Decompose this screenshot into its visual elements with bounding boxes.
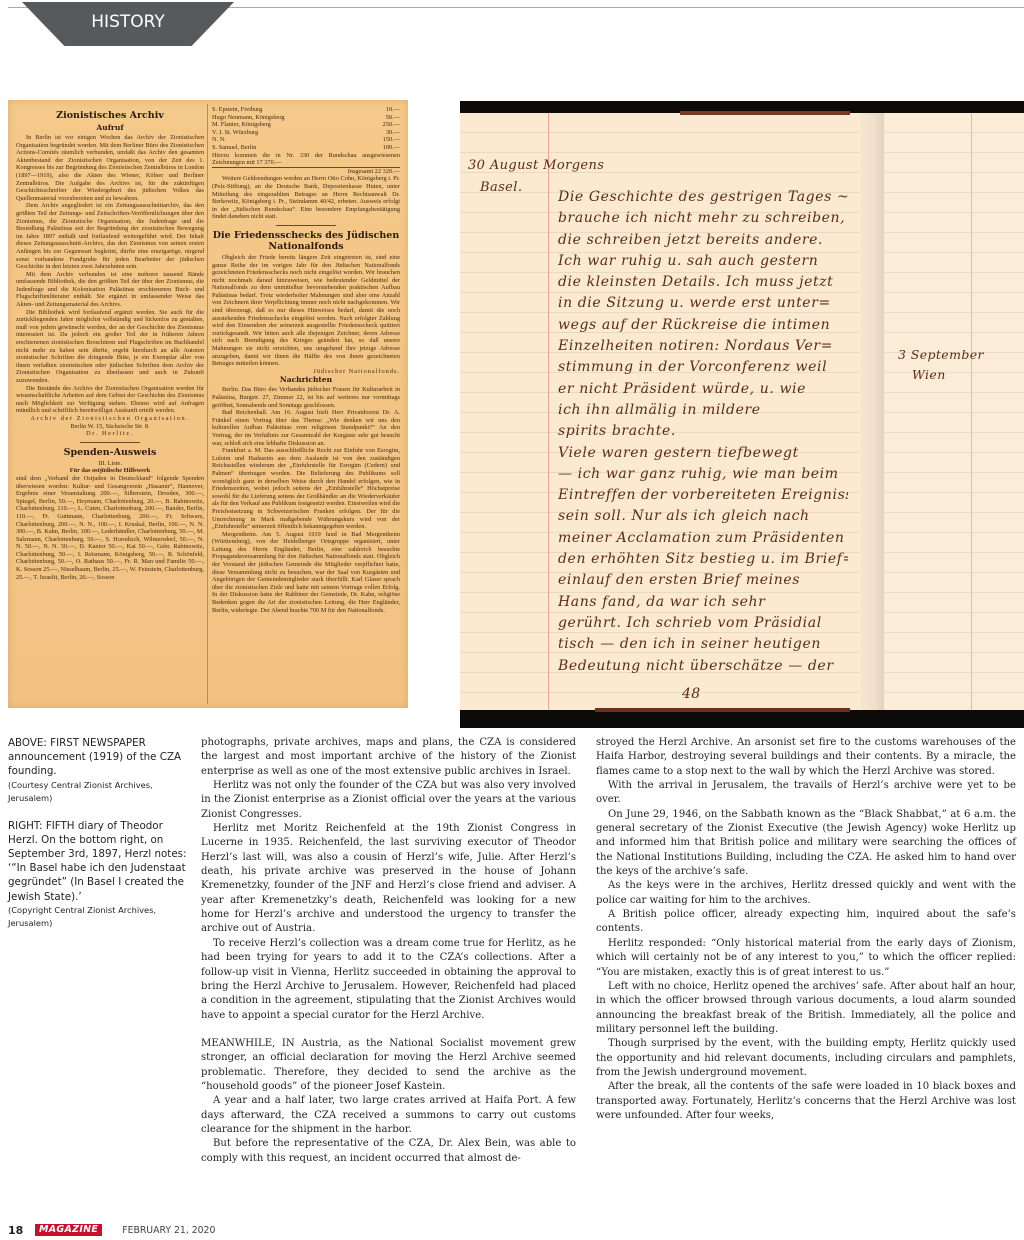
newspaper-signature-name: Dr. Herlitz. xyxy=(16,430,204,438)
newspaper-paragraph: Dem Archiv angegliedert ist ein Zeitungs… xyxy=(16,202,204,270)
diary-right-place: Wien xyxy=(912,367,946,382)
diary-cover-edge xyxy=(680,111,850,115)
donation-total: Insgesamt 22 320.— xyxy=(212,167,400,176)
donation-note: Hierzu kommen die in Nr. 330 der Rundsch… xyxy=(212,152,400,167)
news-item: Bad Reichenhall. Am 16. August hielt Her… xyxy=(212,409,400,447)
newspaper-column-divider xyxy=(207,104,208,704)
news-title: Nachrichten xyxy=(212,375,400,384)
newspaper-subtitle: Aufruf xyxy=(16,123,204,132)
article-section-start: MEANWHILE, IN Austria, as the National S… xyxy=(201,1037,576,1094)
article-paragraph: To receive Herzl’s collection was a drea… xyxy=(201,937,576,1023)
article-paragraph: Herlitz was not only the founder of the … xyxy=(201,779,576,822)
photo-captions: ABOVE: FIRST NEWSPAPER announcement (191… xyxy=(8,736,188,944)
friedensschecks-paragraph: Obgleich der Friede bereits längere Zeit… xyxy=(212,254,400,368)
article-paragraph: Herlitz responded: “Only historical mate… xyxy=(596,937,1016,980)
diary-page-number: 48 xyxy=(682,686,701,702)
diary-right-margin-line xyxy=(971,113,972,710)
donation-row: Hugo Neumann, Königsberg50.— xyxy=(212,114,400,122)
donor-name: V. J. St. Würzburg xyxy=(212,129,258,137)
diary-cover-edge xyxy=(595,708,850,712)
diary-line: Viele waren gestern tiefbewegt xyxy=(558,443,848,464)
article-paragraph: photographs, private archives, maps and … xyxy=(201,736,576,779)
diary-line: Bedeutung nicht überschätze — der xyxy=(558,656,848,677)
donor-amount: 30.— xyxy=(386,129,400,137)
donation-paragraph: Weitere Geldsendungen werden an Herrn Ot… xyxy=(212,175,400,221)
article-paragraph: A year and a half later, two large crate… xyxy=(201,1094,576,1137)
diary-line: die kleinsten Details. Ich muss jetzt xyxy=(558,272,848,293)
donation-row: M. Flanter, Königsberg250.— xyxy=(212,121,400,129)
article-paragraph: After the break, all the contents of the… xyxy=(596,1080,1016,1123)
article-paragraph: But before the representative of the CZA… xyxy=(201,1137,576,1166)
diary-line: gerührt. Ich schrieb vom Präsidial xyxy=(558,613,848,634)
diary-line: Einzelheiten notiren: Nordaus Ver= xyxy=(558,336,848,357)
diary-entry-place: Basel. xyxy=(480,180,522,195)
newspaper-rule xyxy=(80,442,140,443)
caption-above-credit: (Courtesy Central Zionist Archives, Jeru… xyxy=(8,779,188,805)
article-paragraph: Left with no choice, Herlitz opened the … xyxy=(596,980,1016,1037)
newspaper-paragraph: In Berlin ist vor einigen Wochen das Arc… xyxy=(16,134,204,202)
diary-line: stimmung in der Vorconferenz weil xyxy=(558,357,848,378)
donor-name: S. Epstein, Freiburg xyxy=(212,106,262,114)
donation-row: S. Samuel, Berlin100.— xyxy=(212,144,400,152)
diary-line: er nicht Präsident würde, u. wie xyxy=(558,379,848,400)
donor-name: S. Samuel, Berlin xyxy=(212,144,256,152)
diary-right-date: 3 September xyxy=(898,347,984,362)
newspaper-clipping-image: Zionistisches Archiv Aufruf In Berlin is… xyxy=(8,100,408,708)
donor-amount: 100.— xyxy=(383,144,400,152)
newspaper-left-column: Zionistisches Archiv Aufruf In Berlin is… xyxy=(16,106,204,581)
diary-line: sein soll. Nur als ich gleich nach xyxy=(558,506,848,527)
diary-line: meiner Acclamation zum Präsidenten xyxy=(558,528,848,549)
newspaper-rule xyxy=(276,225,336,226)
news-item: Mergentheim. Am 5. August 1919 fand in B… xyxy=(212,531,400,615)
diary-handwriting: Die Geschichte des gestrigen Tages ~~~ b… xyxy=(558,187,848,677)
donations-list-label: III. Liste. xyxy=(16,460,204,468)
donor-amount: 250.— xyxy=(383,121,400,129)
newspaper-signature-address: Berlin W. 15, Sächsische Str. 8. xyxy=(16,423,204,431)
caption-right: RIGHT: FIFTH diary of Theodor Herzl. On … xyxy=(8,819,188,904)
article-paragraph: As the keys were in the archives, Herlit… xyxy=(596,879,1016,908)
donor-amount: 150.— xyxy=(383,136,400,144)
magazine-logo: MAGAZINE xyxy=(35,1224,102,1236)
newspaper-paragraph: Die Bestände des Archivs der Zionistisch… xyxy=(16,385,204,415)
donations-text: sind dem „Verband der Ostjuden in Deutsc… xyxy=(16,475,204,581)
diary-entry-date: 30 August Morgens xyxy=(468,158,604,173)
newspaper-right-column: S. Epstein, Freiburg10.— Hugo Neumann, K… xyxy=(212,106,400,614)
page-footer: 18 MAGAZINE FEBRUARY 21, 2020 xyxy=(8,1222,215,1238)
caption-above: ABOVE: FIRST NEWSPAPER announcement (191… xyxy=(8,736,188,779)
diary-line: Ich war ruhig u. sah auch gestern xyxy=(558,251,848,272)
donor-name: M. Flanter, Königsberg xyxy=(212,121,271,129)
diary-line: Hans fand, da war ich sehr xyxy=(558,592,848,613)
donor-name: Hugo Neumann, Königsberg xyxy=(212,114,284,122)
donor-amount: 50.— xyxy=(386,114,400,122)
diary-line: spirits brachte. xyxy=(558,421,848,442)
diary-line: einlauf den ersten Brief meines xyxy=(558,570,848,591)
diary-line: die schreiben jetzt bereits andere. xyxy=(558,230,848,251)
diary-line: — ich war ganz ruhig, wie man beim xyxy=(558,464,848,485)
newspaper-signature-org: Archiv der Zionistischen Organisation. xyxy=(16,415,204,423)
donations-subtitle: Für das ostjüdische Hilfswerk xyxy=(16,467,204,475)
herzl-diary-image: 30 August Morgens Basel. Die Geschichte … xyxy=(460,101,1024,728)
issue-date: FEBRUARY 21, 2020 xyxy=(122,1225,215,1236)
donation-row: N. N.150.— xyxy=(212,136,400,144)
diary-line: tisch — den ich in seiner heutigen xyxy=(558,634,848,655)
diary-line: in die Sitzung u. werde erst unter= xyxy=(558,293,848,314)
article-paragraph: On June 29, 1946, on the Sabbath known a… xyxy=(596,808,1016,880)
newspaper-paragraph: Mit dem Archiv verbunden ist eine mehrer… xyxy=(16,271,204,309)
article-paragraph: A British police officer, already expect… xyxy=(596,908,1016,937)
section-label: HISTORY xyxy=(22,12,234,32)
diary-line: Eintreffen der vorbereiteten Ereignisse xyxy=(558,485,848,506)
donation-row: V. J. St. Würzburg30.— xyxy=(212,129,400,137)
news-item: Frankfurt a. M. Das ausschließliche Rech… xyxy=(212,447,400,531)
caption-right-credit: (Copyright Central Zionist Archives, Jer… xyxy=(8,904,188,930)
diary-gutter xyxy=(860,113,884,710)
diary-line: den erhöhten Sitz bestieg u. im Brief= xyxy=(558,549,848,570)
friedensschecks-title: Die Friedensschecks des Jüdischen Nation… xyxy=(212,230,400,252)
article-paragraph: stroyed the Herzl Archive. An arsonist s… xyxy=(596,736,1016,779)
newspaper-title: Zionistisches Archiv xyxy=(16,110,204,121)
diary-line: ich ihn allmälig in mildere xyxy=(558,400,848,421)
diary-margin-line xyxy=(548,113,549,710)
article-paragraph: With the arrival in Jerusalem, the trava… xyxy=(596,779,1016,808)
diary-line: wegs auf der Rückreise die intimen xyxy=(558,315,848,336)
donor-name: N. N. xyxy=(212,136,226,144)
diary-right-page xyxy=(874,113,1024,710)
newspaper-paragraph: Die Bibliothek wird fortlaufend ergänzt … xyxy=(16,309,204,385)
jnf-signature: Jüdischer Nationalfonds. xyxy=(212,368,400,376)
article-paragraph: Though surprised by the event, with the … xyxy=(596,1037,1016,1080)
article-column-1: photographs, private archives, maps and … xyxy=(201,736,576,1166)
diary-line: brauche ich nicht mehr zu schreiben, xyxy=(558,208,848,229)
donor-amount: 10.— xyxy=(386,106,400,114)
article-paragraph: Herlitz met Moritz Reichenfeld at the 19… xyxy=(201,822,576,937)
news-item: Berlin. Das Büro des Verbandes jüdischer… xyxy=(212,386,400,409)
article-column-2: stroyed the Herzl Archive. An arsonist s… xyxy=(596,736,1016,1123)
donation-row: S. Epstein, Freiburg10.— xyxy=(212,106,400,114)
diary-line: Die Geschichte des gestrigen Tages ~~~ xyxy=(558,187,848,208)
page-number: 18 xyxy=(8,1224,35,1237)
donations-title: Spenden-Ausweis xyxy=(16,447,204,458)
